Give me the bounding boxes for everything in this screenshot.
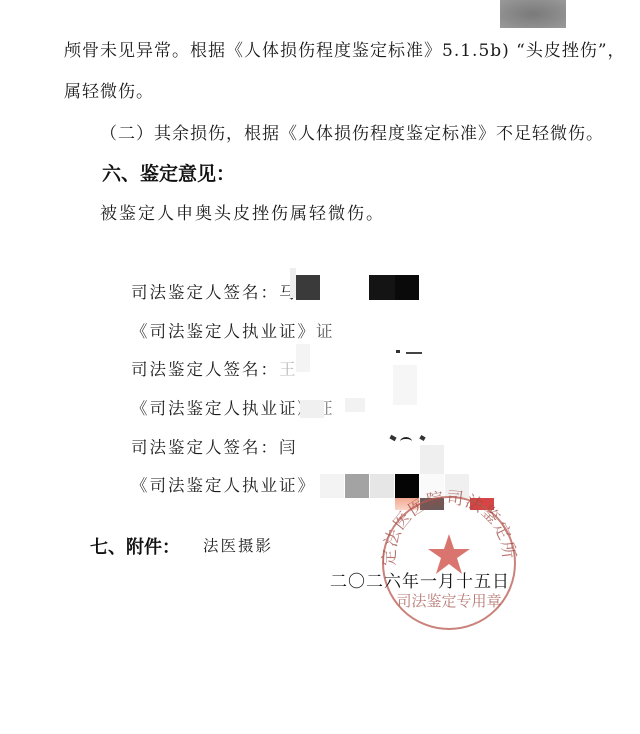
redaction-blur-top <box>500 0 566 28</box>
signature-row-1: 司法鉴定人签名：马 <box>131 279 298 303</box>
paragraph-line-1: 颅骨未见异常。根据《人体损伤程度鉴定标准》5.1.5b) “头皮挫伤”， <box>64 36 626 61</box>
license-value: 证 <box>316 322 335 341</box>
signature-row-2: 司法鉴定人签名：王 <box>131 356 298 380</box>
redaction-stroke <box>389 435 396 441</box>
appraisal-opinion: 被鉴定人申奥头皮挫伤属轻微伤。 <box>100 199 385 224</box>
section-7-heading: 七、附件： <box>90 533 180 559</box>
attachment-label: 法医摄影 <box>203 534 273 556</box>
redaction-stroke <box>396 350 400 353</box>
document-date: 二〇二六年一月十五日 <box>330 567 510 592</box>
redaction-block <box>300 400 324 418</box>
signature-label: 司法鉴定人签名： <box>131 283 279 302</box>
redaction-block <box>395 275 419 300</box>
redaction-stroke <box>419 435 425 441</box>
redaction-block <box>345 474 369 498</box>
redaction-block <box>320 474 344 498</box>
redaction-block <box>290 268 296 298</box>
signature-row-3: 司法鉴定人签名：闫 <box>131 434 298 458</box>
redaction-block <box>296 344 310 372</box>
license-row-3: 《司法鉴定人执业证》 <box>131 472 316 496</box>
license-row-1: 《司法鉴定人执业证》证 <box>131 318 335 342</box>
redaction-block <box>369 275 395 300</box>
official-seal: 定法医医院司法鉴定所 司法鉴定专用章 <box>374 488 524 638</box>
svg-text:司法鉴定专用章: 司法鉴定专用章 <box>396 592 501 610</box>
signature-label: 司法鉴定人签名： <box>131 438 279 457</box>
redaction-stroke <box>400 437 412 446</box>
signature-label: 司法鉴定人签名： <box>131 360 279 379</box>
redaction-block <box>393 365 417 405</box>
paragraph-line-2: 属轻微伤。 <box>64 77 154 102</box>
redaction-block <box>296 275 320 300</box>
license-label: 《司法鉴定人执业证》 <box>131 476 316 495</box>
license-label: 《司法鉴定人执业证》 <box>131 322 316 341</box>
section-6-heading: 六、鉴定意见： <box>102 159 235 186</box>
redaction-block <box>420 445 444 475</box>
paragraph-line-3: （二）其余损伤，根据《人体损伤程度鉴定标准》不足轻微伤。 <box>100 119 604 144</box>
redaction-stroke <box>406 352 422 354</box>
signature-value: 王 <box>279 360 298 379</box>
seal-icon: 定法医医院司法鉴定所 司法鉴定专用章 <box>374 488 524 638</box>
license-label: 《司法鉴定人执业证》 <box>131 399 316 418</box>
redaction-block <box>345 398 365 412</box>
signature-value: 闫 <box>279 438 298 457</box>
